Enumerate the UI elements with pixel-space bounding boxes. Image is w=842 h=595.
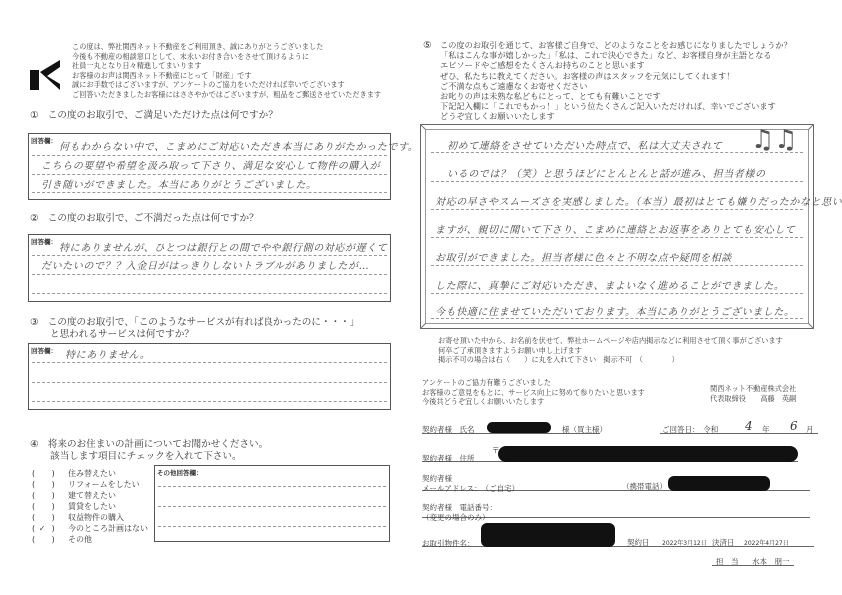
- option-label: 建て替えたい: [68, 491, 116, 500]
- answer-box-1[interactable]: 回答欄： 何もわからない中で、こまめにご対応いただき本当にありがたかったです。 …: [28, 133, 391, 200]
- answer-box-2[interactable]: 回答欄： 特にありませんが、ひとつは銀行との間でやや銀行側の対応が遅くて だいた…: [28, 234, 391, 302]
- option-label: 今のところ計画はない: [68, 524, 148, 533]
- settlement-date: 2022年4月27日: [744, 538, 789, 547]
- answer-2-line-2: だいたいので？？入金日がはっきりしないトラブルがありましたが…: [41, 257, 369, 272]
- question-2: ② この度のお取引で、ご不満だった点は何ですか？: [30, 213, 259, 225]
- plan-option[interactable]: ( )賃貸をしたい: [32, 501, 116, 512]
- check-mark-icon: ✓: [35, 524, 49, 533]
- question-5-number: ⑤: [423, 40, 432, 52]
- question-1: ① この度のお取引で、ご満足いただけた点は何ですか？: [30, 110, 278, 122]
- property-label: お取引物件名：: [422, 538, 475, 549]
- answer-5-line-7: 今も快適に住ませていただいております。本当にありがとうございました。: [435, 303, 795, 318]
- answer-5-line-3: 対応の早さやスムーズさを実感しました。（本当）最初はとても嫌りだったかなと思い: [435, 193, 842, 208]
- staff-label: 担 当: [716, 556, 739, 567]
- answer-year: 4: [745, 419, 753, 433]
- company-signature: 関西ネット不動産株式会社 代表取締役 高藤 英嗣: [710, 384, 796, 403]
- music-notes-icon: ♫♫: [751, 125, 798, 155]
- address-label: 契約者様 住所: [422, 453, 475, 464]
- month-unit: 月: [806, 424, 814, 435]
- closing-text: アンケートのご協力有難うございました お客様のご意見をもとに、サービス向上に努め…: [422, 378, 645, 407]
- question-5-text: この度のお取引を通じて、お客様ご自身で、どのようなことをお感じになりましたでしょ…: [440, 40, 792, 122]
- checkbox[interactable]: (✓ ): [32, 524, 68, 533]
- checkbox[interactable]: ( ): [32, 480, 68, 489]
- plan-option[interactable]: (✓ )今のところ計画はない: [32, 523, 148, 534]
- phone-label-2: （変更の場合のみ）: [422, 512, 490, 523]
- answer-5-line-6: した際に、真摯にご対応いただき、まよいなく進めることができました。: [435, 277, 784, 292]
- email-label-2: メールアドレス： （ご自宅）: [422, 483, 519, 494]
- option-label: 収益物件の購入: [68, 513, 124, 522]
- checkbox[interactable]: ( ): [32, 491, 68, 500]
- answer-3-line-1: 特にありません。: [65, 346, 150, 361]
- answer-5-line-1: 初めて連絡をさせていただいた時点で、私は大丈夫されて: [447, 137, 722, 152]
- mobile-redacted: [668, 476, 770, 491]
- answer-1-line-2: こちらの要望や希望を汲み取って下さり、満足な安心して物件の購入が: [41, 157, 380, 172]
- staff-name: 水本 朋一: [752, 556, 790, 567]
- option-label: 賃貸をしたい: [68, 502, 116, 511]
- question-4: ④ 将来のお住まいの計画についてお聞かせください。 該当します項目にチェックを入…: [30, 439, 268, 463]
- option-label: その他: [68, 535, 92, 544]
- property-redacted: [481, 523, 615, 547]
- name-redacted: [487, 422, 551, 433]
- contract-date: 2022年3月12日: [662, 538, 707, 547]
- answer-box-3[interactable]: 回答欄： 特にありません。: [28, 343, 391, 410]
- plan-option[interactable]: ( )リフォームをしたい: [32, 479, 140, 490]
- name-suffix: 様（買主様）: [562, 424, 607, 435]
- k-logo-icon: [30, 60, 66, 90]
- question-3: ③ この度のお取引で、「このようなサービスが有れば良かったのに・・・」 と思われ…: [30, 317, 359, 341]
- plan-option[interactable]: ( )住み替えたい: [32, 468, 116, 479]
- contract-date-label: 契約日: [627, 537, 650, 548]
- plan-option[interactable]: ( )収益物件の購入: [32, 512, 124, 523]
- answer-1-line-1: 何もわからない中で、こまめにご対応いただき本当にありがたかったです。: [59, 138, 418, 153]
- plan-option[interactable]: ( )その他: [32, 534, 92, 545]
- publication-note: お寄せ頂いた中から、お名前を伏せて、弊社ホームページや店内掲示などに利用させて頂…: [438, 336, 783, 365]
- intro-text: この度は、弊社関西ネット不動産をご利用頂き、誠にありがとうございました 今後も不…: [72, 42, 381, 100]
- other-answer-box[interactable]: その他回答欄：: [154, 465, 390, 542]
- settlement-label: 決済日: [712, 537, 735, 548]
- year-unit: 年: [762, 424, 770, 435]
- answer-month: 6: [790, 419, 798, 433]
- option-label: リフォームをしたい: [68, 480, 140, 489]
- answer-1-line-3: 引き随いができました。本当にありがとうございました。: [41, 176, 317, 191]
- answer-5-line-4: ますが、親切に聞いて下さり、こまめに連絡とお返事をありとても安心して: [435, 221, 795, 236]
- mobile-label: （携帯電話）: [622, 481, 667, 492]
- answer-2-line-1: 特にありませんが、ひとつは銀行との間でやや銀行側の対応が遅くて: [59, 239, 387, 254]
- name-label: 契約者様 氏名: [422, 424, 475, 435]
- checkbox[interactable]: ( ): [32, 502, 68, 511]
- plan-option[interactable]: ( )建て替えたい: [32, 490, 116, 501]
- answer-date-label: ご回答日： 令和: [662, 424, 718, 435]
- checkbox[interactable]: ( ): [32, 513, 68, 522]
- answer-5-line-5: お取引ができました。担当者様に色々と不明な点や疑問を相談: [435, 249, 732, 264]
- option-label: 住み替えたい: [68, 469, 116, 478]
- checkbox[interactable]: ( ): [32, 535, 68, 544]
- company-logo: [30, 60, 66, 90]
- answer-5-line-2: いるのでは？（笑）と思うほどにとんとんと話が進み、担当者様の: [447, 165, 766, 180]
- checkbox[interactable]: ( ): [32, 469, 68, 478]
- answer-box-5[interactable]: ♫♫ 初めて連絡をさせていただいた時点で、私は大丈夫されて いるのでは？（笑）と…: [420, 124, 814, 329]
- address-redacted: [498, 446, 798, 462]
